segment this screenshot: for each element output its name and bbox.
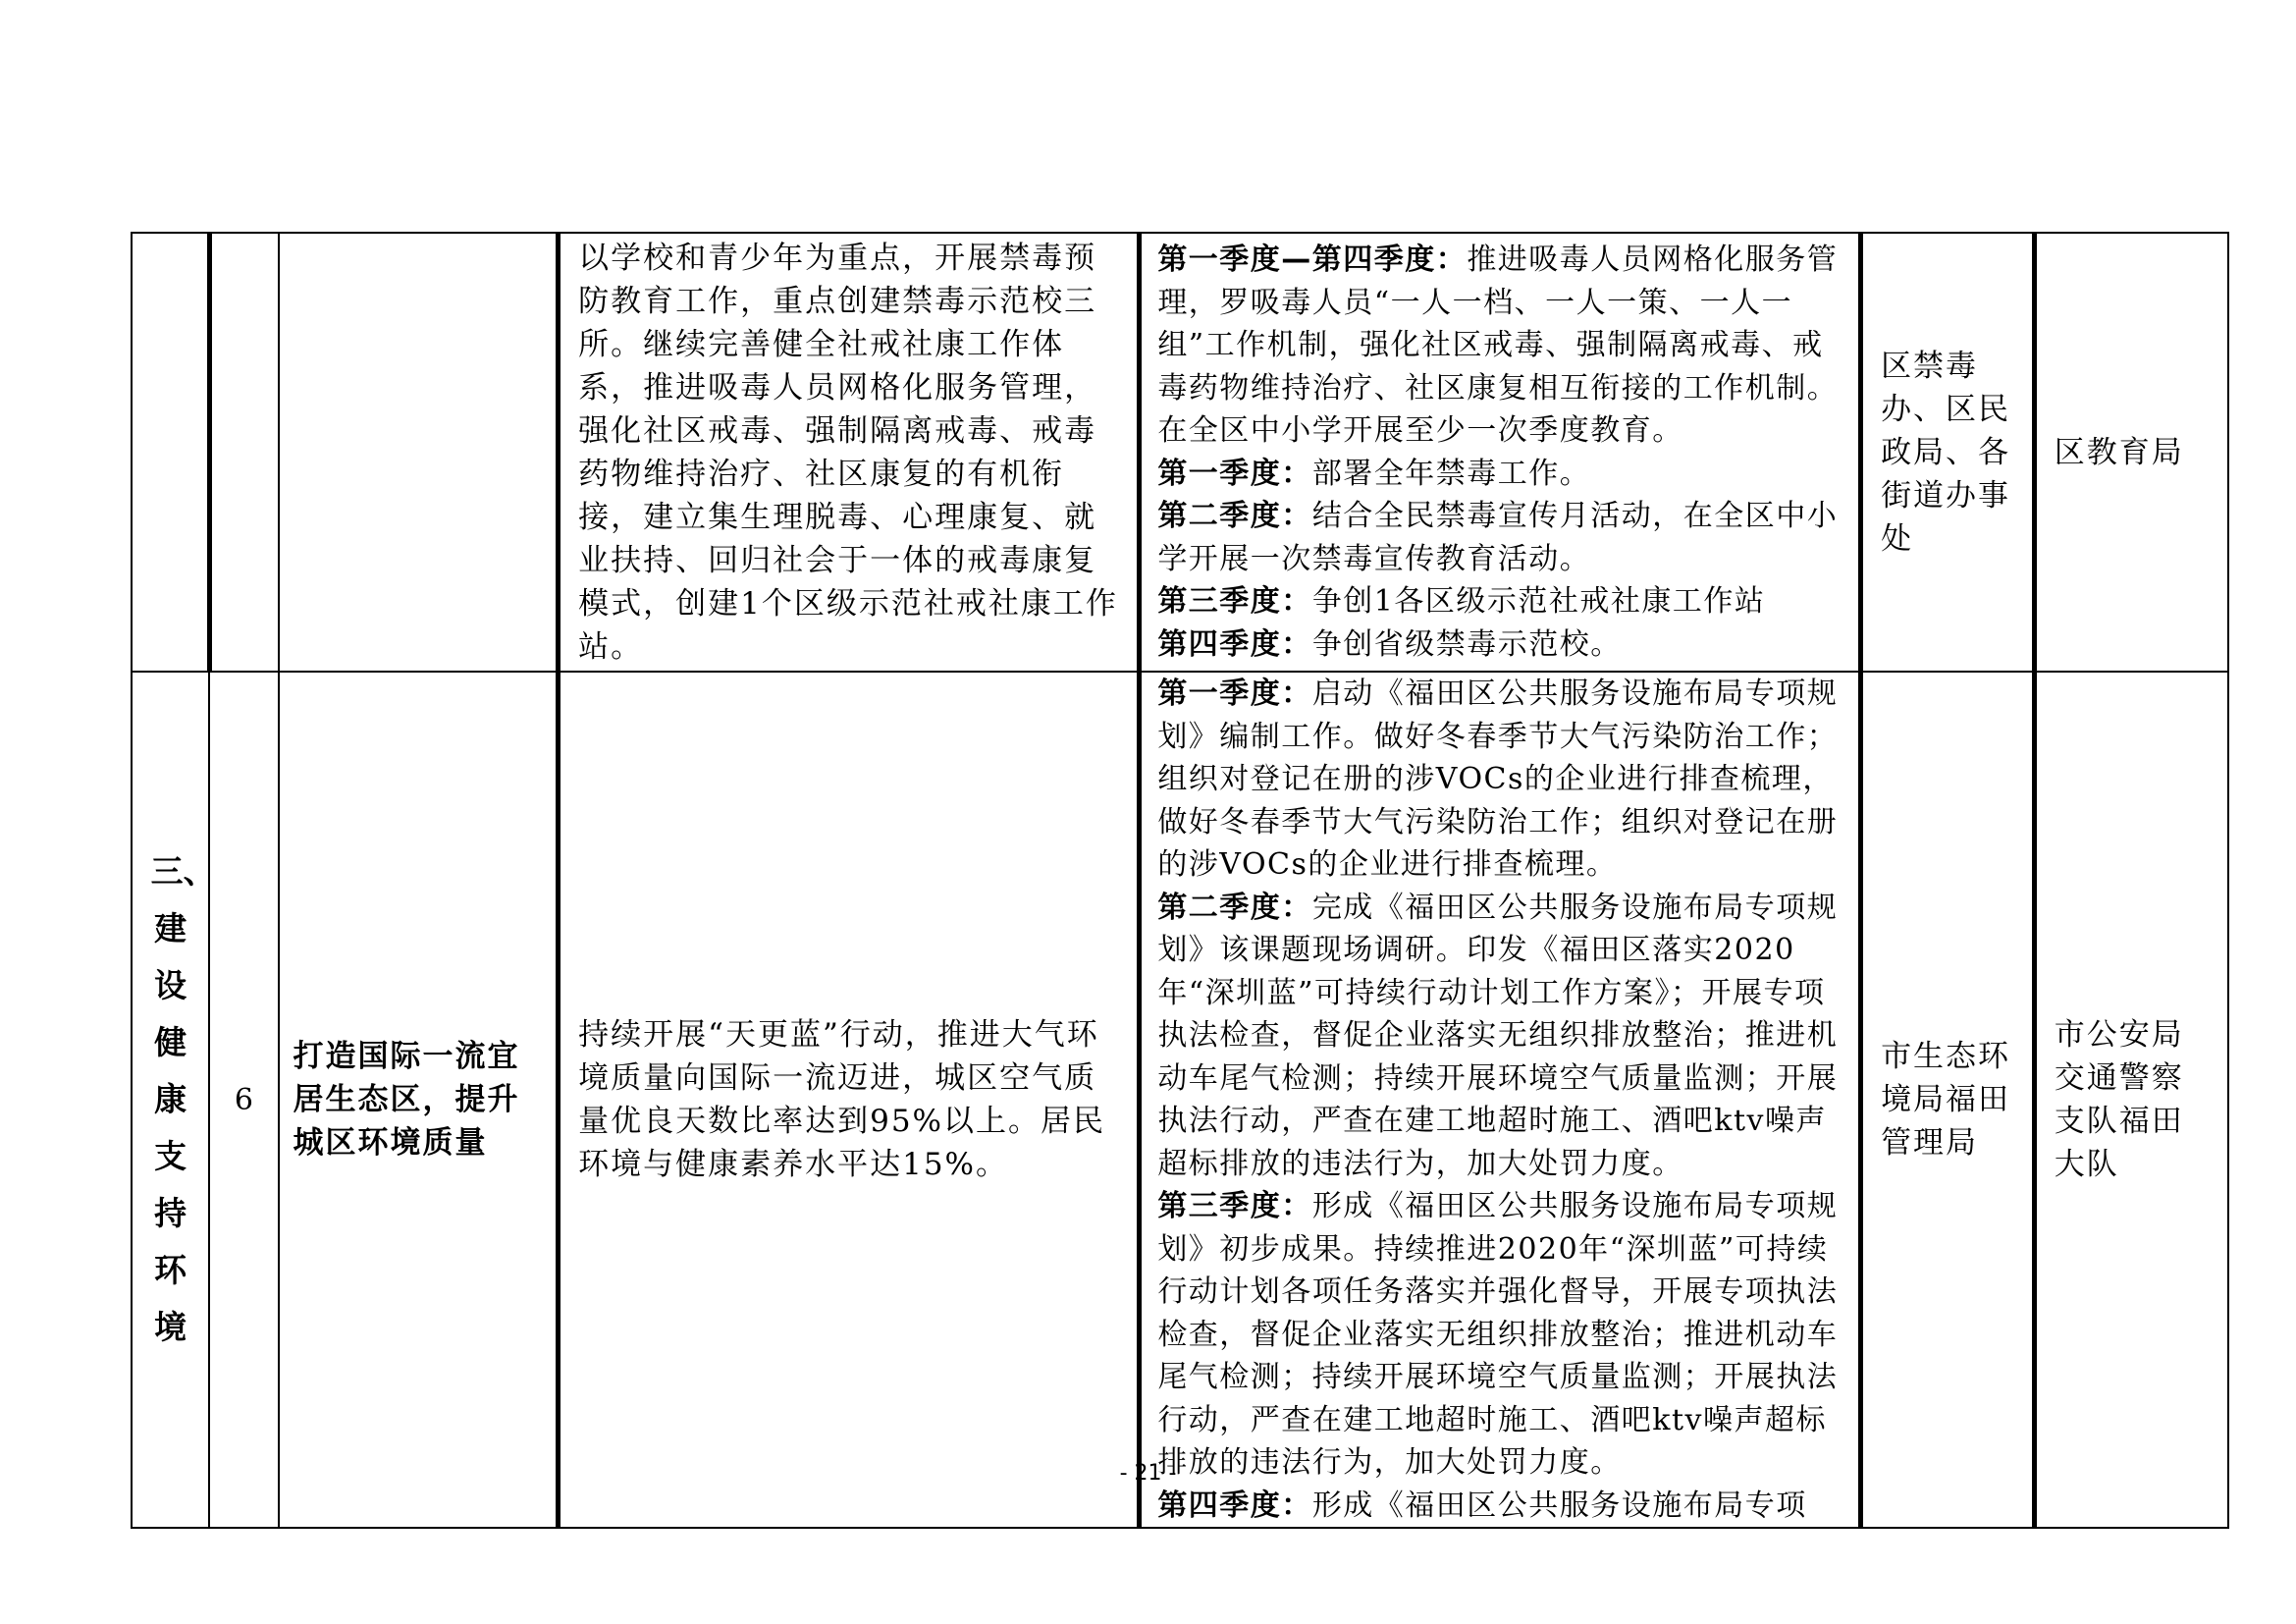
lead-unit-text: 区禁毒办、区民政局、各街道办事处 [1863, 345, 2032, 561]
description-text: 以学校和青少年为重点，开展禁毒预防教育工作，重点创建禁毒示范校三所。继续完善健全… [561, 237, 1137, 669]
page-number: - 21 - [0, 1461, 2296, 1486]
quarter-text: 部署全年禁毒工作。 [1312, 457, 1591, 491]
quarter-label: 第二季度： [1157, 499, 1312, 533]
plan-entry: 第一季度：部署全年禁毒工作。 [1157, 453, 1844, 496]
item-number: 6 [210, 1083, 277, 1117]
quarterly-plan-cell: 第一季度：启动《福田区公共服务设施布局专项规划》编制工作。做好冬春季节大气污染防… [1140, 672, 1861, 1528]
plan-entry: 第三季度：争创1各区级示范社戒社康工作站 [1157, 580, 1844, 623]
description-text: 持续开展“天更蓝”行动，推进大气环境质量向国际一流迈进，城区空气质量优良天数比率… [561, 1013, 1137, 1186]
quarterly-plan: 第一季度—第四季度：推进吸毒人员网格化服务管理，罗吸毒人员“一人一档、一人一策、… [1142, 239, 1858, 666]
plan-entry: 第一季度：启动《福田区公共服务设施布局专项规划》编制工作。做好冬春季节大气污染防… [1157, 673, 1844, 887]
quarter-label: 第一季度—第四季度： [1157, 243, 1467, 277]
category-cell [132, 233, 209, 672]
goal-cell [279, 233, 559, 672]
quarter-label: 第三季度： [1157, 1189, 1312, 1223]
quarterly-plan-cell: 第一季度—第四季度：推进吸毒人员网格化服务管理，罗吸毒人员“一人一档、一人一策、… [1140, 233, 1861, 672]
quarter-label: 第四季度： [1157, 1489, 1312, 1523]
lead-unit-cell: 市生态环境局福田管理局 [1861, 672, 2035, 1528]
table-row: 三、建设健康支持环境 6 打造国际一流宜居生态区，提升城区环境质量 持续开展“天… [132, 672, 2228, 1528]
plan-entry: 第三季度：形成《福田区公共服务设施布局专项规划》初步成果。持续推进2020年“深… [1157, 1185, 1844, 1485]
quarter-text: 形成《福田区公共服务设施布局专项规划》初步成果。持续推进2020年“深圳蓝”可持… [1157, 1189, 1838, 1480]
plan-entry: 第四季度：争创省级禁毒示范校。 [1157, 623, 1844, 667]
cooperating-unit-cell: 区教育局 [2034, 233, 2228, 672]
quarter-label: 第四季度： [1157, 627, 1312, 662]
goal-cell: 打造国际一流宜居生态区，提升城区环境质量 [279, 672, 559, 1528]
cooperating-unit-text: 区教育局 [2037, 431, 2227, 474]
plan-entry: 第二季度：结合全民禁毒宣传月活动，在全区中小学开展一次禁毒宣传教育活动。 [1157, 495, 1844, 580]
plan-entry: 第二季度：完成《福田区公共服务设施布局专项规划》该课题现场调研。印发《福田区落实… [1157, 887, 1844, 1186]
quarter-label: 第一季度： [1157, 457, 1312, 491]
goal-text: 打造国际一流宜居生态区，提升城区环境质量 [280, 1035, 557, 1164]
description-cell: 持续开展“天更蓝”行动，推进大气环境质量向国际一流迈进，城区空气质量优良天数比率… [559, 672, 1140, 1528]
cooperating-unit-cell: 市公安局交通警察支队福田大队 [2034, 672, 2228, 1528]
quarterly-plan: 第一季度：启动《福田区公共服务设施布局专项规划》编制工作。做好冬春季节大气污染防… [1142, 673, 1858, 1527]
table-row: 以学校和青少年为重点，开展禁毒预防教育工作，重点创建禁毒示范校三所。继续完善健全… [132, 233, 2228, 672]
cooperating-unit-text: 市公安局交通警察支队福田大队 [2037, 1013, 2227, 1186]
lead-unit-text: 市生态环境局福田管理局 [1863, 1035, 2032, 1164]
description-cell: 以学校和青少年为重点，开展禁毒预防教育工作，重点创建禁毒示范校三所。继续完善健全… [559, 233, 1140, 672]
category-cell: 三、建设健康支持环境 [132, 672, 209, 1528]
document-page: 以学校和青少年为重点，开展禁毒预防教育工作，重点创建禁毒示范校三所。继续完善健全… [0, 0, 2296, 1624]
quarter-text: 完成《福田区公共服务设施布局专项规划》该课题现场调研。印发《福田区落实2020年… [1157, 891, 1838, 1181]
quarter-text: 争创1各区级示范社戒社康工作站 [1312, 584, 1766, 619]
plan-entry: 第一季度—第四季度：推进吸毒人员网格化服务管理，罗吸毒人员“一人一档、一人一策、… [1157, 239, 1844, 453]
plan-entry: 第四季度：形成《福田区公共服务设施布局专项 [1157, 1485, 1844, 1528]
number-cell: 6 [209, 672, 278, 1528]
quarter-label: 第二季度： [1157, 891, 1312, 925]
quarter-label: 第三季度： [1157, 584, 1312, 619]
quarter-text: 形成《福田区公共服务设施布局专项 [1312, 1489, 1807, 1523]
number-cell [209, 233, 278, 672]
quarter-label: 第一季度： [1157, 677, 1312, 711]
quarter-text: 争创省级禁毒示范校。 [1312, 627, 1622, 662]
lead-unit-cell: 区禁毒办、区民政局、各街道办事处 [1861, 233, 2035, 672]
category-text: 三、建设健康支持环境 [151, 843, 190, 1356]
work-plan-table: 以学校和青少年为重点，开展禁毒预防教育工作，重点创建禁毒示范校三所。继续完善健全… [131, 232, 2229, 1529]
